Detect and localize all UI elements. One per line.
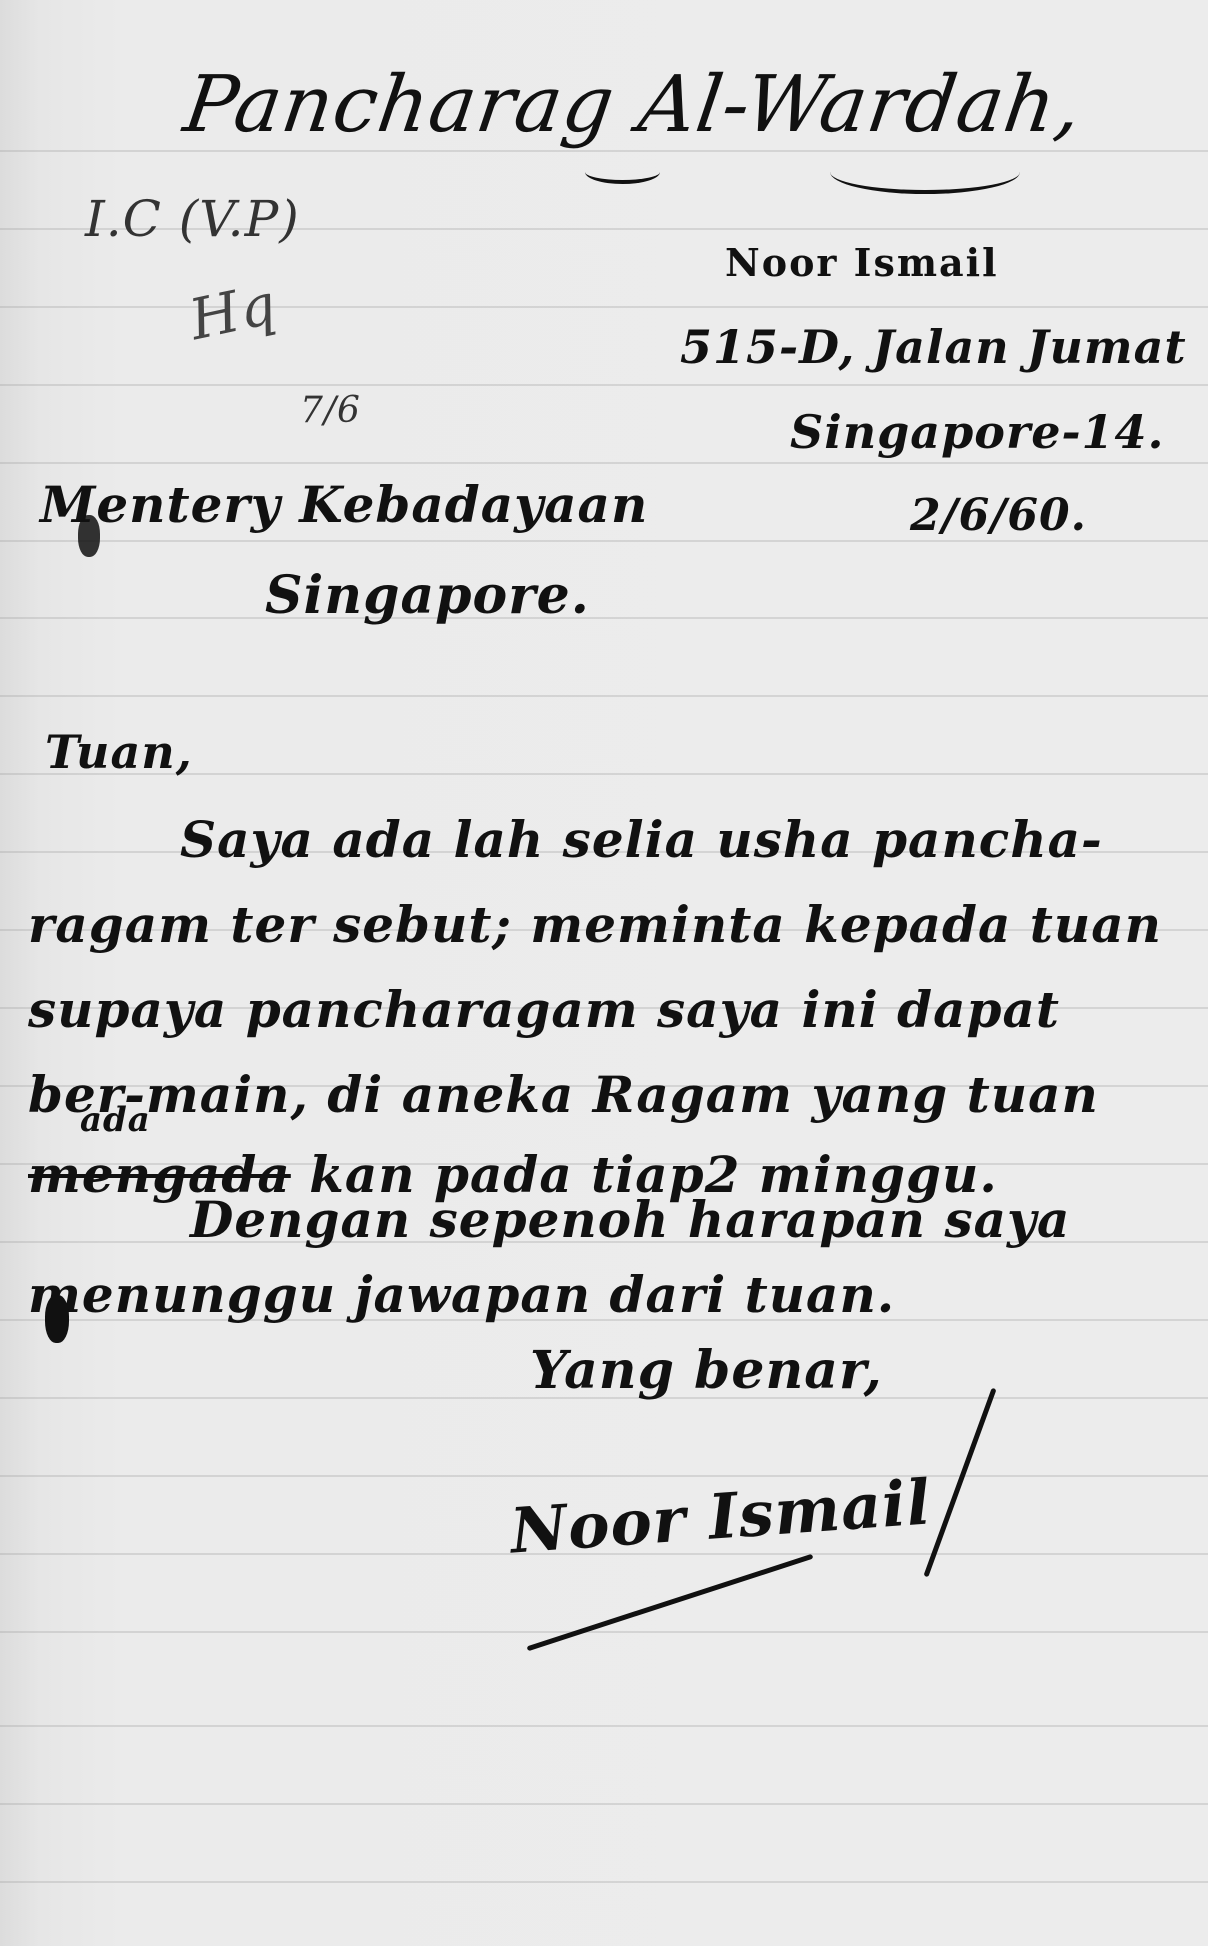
title-flourish [830, 150, 1020, 194]
ruled-line [0, 1631, 1208, 1633]
sender-address-line2: Singapore-14. [790, 405, 1165, 459]
body-line: supaya pancharagam saya ini dapat [28, 980, 1060, 1039]
ruled-line [0, 384, 1208, 386]
closing: Yang benar, [530, 1340, 883, 1401]
body-line: ragam ter sebut; meminta kepada tuan [28, 895, 1162, 954]
ink-blot [45, 1295, 69, 1343]
title-flourish [585, 160, 660, 184]
body-line: menunggu jawapan dari tuan. [28, 1265, 895, 1324]
ruled-line [0, 1475, 1208, 1477]
margin-date: 7/6 [300, 390, 361, 431]
ruled-line [0, 1803, 1208, 1805]
sender-name: Noor Ismail [725, 240, 999, 285]
recipient-line1: Mentery Kebadayaan [40, 475, 648, 534]
inserted-word: ada [80, 1100, 151, 1140]
salutation: Tuan, [45, 725, 193, 779]
letter-paper [0, 0, 1208, 1946]
ruled-line [0, 617, 1208, 619]
body-line: Saya ada lah selia usha pancha- [180, 810, 1103, 869]
sender-address-line1: 515-D, Jalan Jumat [680, 320, 1187, 374]
margin-annotation: I.C (V.P) [85, 190, 300, 248]
recipient-line2: Singapore. [265, 565, 590, 626]
letterhead-title: Pancharag Al-Wardah, [179, 60, 1088, 150]
ruled-line [0, 695, 1208, 697]
letter-date: 2/6/60. [910, 490, 1087, 541]
ruled-line [0, 306, 1208, 308]
body-line: ber-main, di aneka Ragam yang tuan [28, 1065, 1099, 1124]
ink-blot [78, 515, 100, 557]
ruled-line [0, 1725, 1208, 1727]
ruled-line [0, 1881, 1208, 1883]
ruled-line [0, 462, 1208, 464]
body-line: Dengan sepenoh harapan saya [190, 1190, 1070, 1249]
ruled-line [0, 150, 1208, 152]
